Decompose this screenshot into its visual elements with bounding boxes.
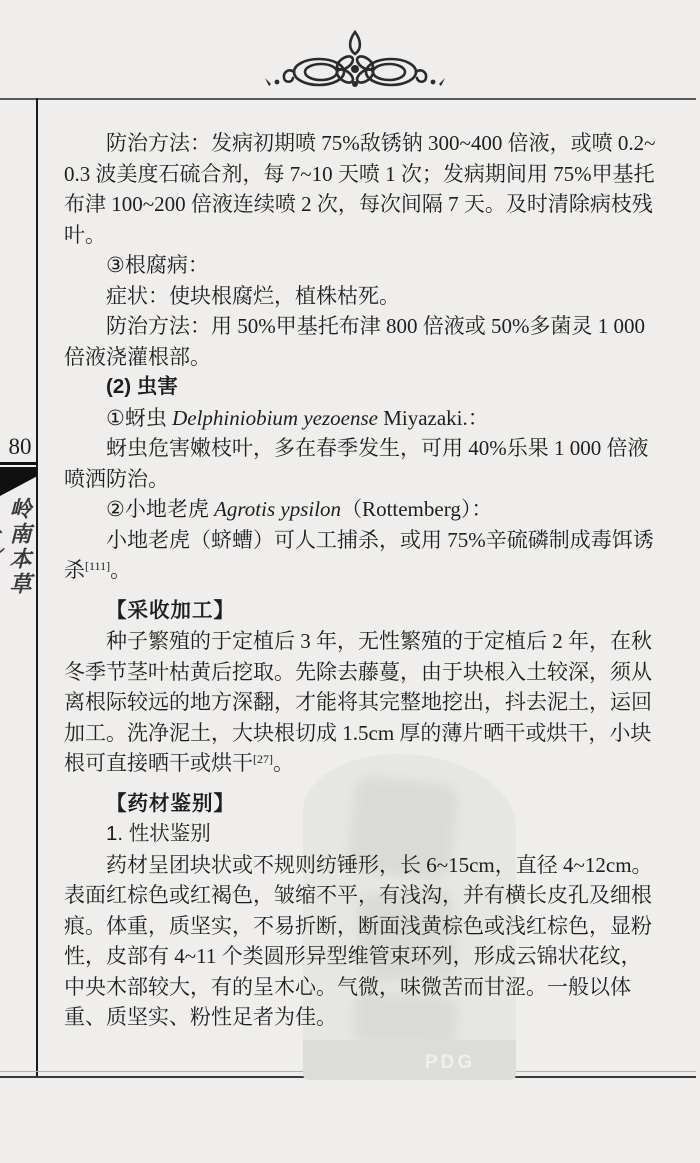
text-line: 小地老虎（蛴螬）可人工捕杀，或用 75%辛硫磷制成毒饵诱 — [64, 525, 670, 556]
text-segment: 布津 100~200 倍液连续喷 2 次，每次间隔 7 天。及时清除病枝残 — [64, 192, 653, 216]
text-segment: 中央木部较大，有的呈木心。气微，味微苦而甘涩。一般以体 — [64, 975, 631, 999]
flourish-ornament-icon — [263, 26, 447, 107]
text-line: 喷洒防治。 — [64, 464, 670, 495]
text-line: 杀[111]。 — [64, 555, 670, 586]
watermark-stamp-footer — [303, 1040, 516, 1080]
text-segment: 防治方法：发病初期喷 75%敌锈钠 300~400 倍液，或喷 0.2~ — [106, 131, 655, 155]
text-segment: 根可直接晒干或烘干 — [64, 751, 253, 775]
text-segment: 【药材鉴别】 — [106, 792, 235, 815]
text-line: 重、质坚实、粉性足者为佳。 — [64, 1002, 670, 1033]
text-line: 中央木部较大，有的呈木心。气微，味微苦而甘涩。一般以体 — [64, 972, 670, 1003]
top-divider — [0, 98, 696, 100]
text-line: 防治方法：用 50%甲基托布津 800 倍液或 50%多菌灵 1 000 — [64, 311, 670, 342]
text-segment: ①蚜虫 — [106, 406, 172, 430]
text-segment: 0.3 波美度石硫合剂，每 7~10 天喷 1 次；发病期间用 75%甲基托 — [64, 162, 655, 186]
text-segment: 离根际较远的地方深翻，才能将其完整地挖出，抖去泥土，运回 — [64, 690, 652, 714]
text-line: 根可直接晒干或烘干[27]。 — [64, 748, 670, 779]
text-line: 加工。洗净泥土，大块根切成 1.5cm 厚的薄片晒干或烘干，小块 — [64, 718, 670, 749]
text-line: 冬季节茎叶枯黄后挖取。先除去藤蔓，由于块根入土较深，须从 — [64, 657, 670, 688]
text-line: 【药材鉴别】 — [64, 789, 670, 820]
text-segment: 1. 性状鉴别 — [106, 822, 211, 845]
text-segment: 杀 — [64, 558, 85, 582]
text-line: 种子繁殖的于定植后 3 年，无性繁殖的于定植后 2 年，在秋 — [64, 626, 670, 657]
text-segment: 重、质坚实、粉性足者为佳。 — [64, 1005, 337, 1029]
text-segment: 加工。洗净泥土，大块根切成 1.5cm 厚的薄片晒干或烘干，小块 — [64, 721, 651, 745]
text-line: 药材呈团块状或不规则纺锤形，长 6~15cm，直径 4~12cm。 — [64, 850, 670, 881]
reference-superscript: [27] — [253, 752, 273, 766]
text-line: ①蚜虫 Delphiniobium yezoense Miyazaki.： — [64, 403, 670, 434]
corner-wedge-decoration — [0, 467, 37, 496]
reference-superscript: [111] — [85, 559, 110, 573]
text-line: 症状：使块根腐烂，植株枯死。 — [64, 281, 670, 312]
text-line: 【采收加工】 — [64, 596, 670, 627]
page-number-underline — [0, 462, 37, 465]
text-segment: Miyazaki.： — [378, 406, 489, 430]
page-text: 防治方法：发病初期喷 75%敌锈钠 300~400 倍液，或喷 0.2~0.3 … — [64, 128, 670, 1033]
text-segment: 。 — [110, 558, 131, 582]
text-line: ②小地老虎 Agrotis ypsilon（Rottemberg）： — [64, 494, 670, 525]
text-line: 痕。体重，质坚实，不易折断，断面浅黄棕色或浅红棕色，显粉 — [64, 911, 670, 942]
left-margin-divider — [36, 98, 38, 1078]
text-line: 表面红棕色或红褐色，皱缩不平，有浅沟，并有横长皮孔及细根 — [64, 880, 670, 911]
text-segment: 。 — [273, 751, 294, 775]
text-segment: （Rottemberg）： — [341, 497, 492, 521]
text-line: 倍液浇灌根部。 — [64, 342, 670, 373]
text-line: 布津 100~200 倍液连续喷 2 次，每次间隔 7 天。及时清除病枝残 — [64, 189, 670, 220]
text-segment: 小地老虎（蛴螬）可人工捕杀，或用 75%辛硫磷制成毒饵诱 — [106, 528, 654, 552]
text-line: 蚜虫危害嫩枝叶，多在春季发生，可用 40%乐果 1 000 倍液 — [64, 433, 670, 464]
watermark-pdg-label: PDG — [425, 1052, 475, 1074]
text-segment: 痕。体重，质坚实，不易折断，断面浅黄棕色或浅红棕色，显粉 — [64, 914, 652, 938]
text-segment: 症状：使块根腐烂，植株枯死。 — [106, 284, 400, 308]
species-latin-name: Delphiniobium yezoense — [172, 406, 378, 430]
text-segment: 倍液浇灌根部。 — [64, 345, 211, 369]
text-segment: 【采收加工】 — [106, 599, 235, 622]
text-segment: (2) 虫害 — [106, 375, 178, 398]
text-segment: 药材呈团块状或不规则纺锤形，长 6~15cm，直径 4~12cm。 — [106, 853, 653, 877]
text-segment: 种子繁殖的于定植后 3 年，无性繁殖的于定植后 2 年，在秋 — [106, 629, 652, 653]
species-latin-name: Agrotis ypsilon — [214, 497, 341, 521]
text-line: 离根际较远的地方深翻，才能将其完整地挖出，抖去泥土，运回 — [64, 687, 670, 718]
text-segment: 防治方法：用 50%甲基托布津 800 倍液或 50%多菌灵 1 000 — [106, 314, 645, 338]
text-line: 0.3 波美度石硫合剂，每 7~10 天喷 1 次；发病期间用 75%甲基托 — [64, 159, 670, 190]
text-segment: 叶。 — [64, 223, 106, 247]
text-line: 性，皮部有 4~11 个类圆形异型维管束环列，形成云锦状花纹， — [64, 941, 670, 972]
text-segment: ③根腐病： — [106, 253, 209, 277]
text-segment: 喷洒防治。 — [64, 467, 169, 491]
text-line: 叶。 — [64, 220, 670, 251]
page-number: 80 — [4, 434, 36, 460]
text-segment: 冬季节茎叶枯黄后挖取。先除去藤蔓，由于块根入土较深，须从 — [64, 660, 652, 684]
text-line: (2) 虫害 — [64, 372, 670, 403]
text-line: 防治方法：发病初期喷 75%敌锈钠 300~400 倍液，或喷 0.2~ — [64, 128, 670, 159]
text-line: ③根腐病： — [64, 250, 670, 281]
text-segment: 性，皮部有 4~11 个类圆形异型维管束环列，形成云锦状花纹， — [64, 944, 642, 968]
text-segment: 蚜虫危害嫩枝叶，多在春季发生，可用 40%乐果 1 000 倍液 — [106, 436, 649, 460]
text-segment: ②小地老虎 — [106, 497, 214, 521]
book-title-vertical: 岭南本草（一） — [7, 497, 35, 657]
text-segment: 表面红棕色或红褐色，皱缩不平，有浅沟，并有横长皮孔及细根 — [64, 883, 652, 907]
text-line: 1. 性状鉴别 — [64, 819, 670, 850]
